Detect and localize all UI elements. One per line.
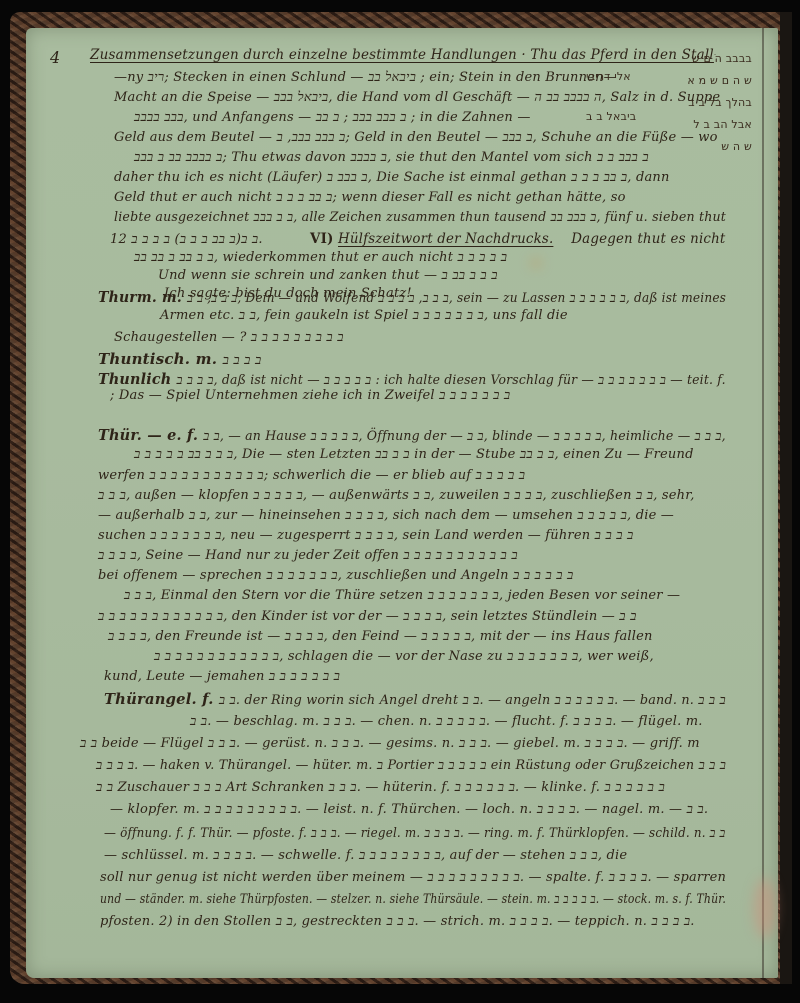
- ink-stain: [531, 258, 541, 268]
- entry-headword: Thür. — e. f.: [98, 426, 203, 444]
- page-number: 4: [50, 48, 60, 67]
- dictionary-entry: — klopfer. m. ב ב ב ב ב ב ב ב ב. — leist…: [110, 802, 708, 817]
- manuscript-line: Armen etc. ב ב, fein gaukeln ist Spiel ב…: [160, 308, 568, 323]
- manuscript-line: daher thu ich es nicht (Läufer) ב בבב ב,…: [114, 170, 670, 185]
- entry-headword: Thurm. m.: [98, 288, 187, 306]
- dictionary-entry: Thür. — e. f. ב ב, — an Hause ב ב ב ב ב,…: [98, 428, 726, 444]
- manuscript-line: Geld thut er auch nicht ב בב ב ב ב; wenn…: [114, 190, 626, 205]
- entry-text: ב ב Zuschauer ב ב ב Art Schranken ב ב ב.…: [96, 780, 665, 795]
- entry-text: soll nur genug ist nicht werden über mei…: [100, 870, 726, 885]
- manuscript-line: — außerhalb ב ב, zur — hineinsehen ב ב ב…: [98, 508, 674, 523]
- manuscript-line: ב ב ב, außen — klopfen ב ב ב ב ב, — auße…: [98, 488, 695, 503]
- entry-text: pfosten. 2) in den Stollen ב ב, gestreck…: [100, 914, 695, 929]
- dictionary-entry: ב ב Zuschauer ב ב ב Art Schranken ב ב ב.…: [96, 780, 665, 795]
- manuscript-line: בבב בבבב, und Anfangens — ב בבב בבב ; ב …: [134, 110, 531, 125]
- manuscript-line: ב ב ב ב ב ב ב ב ב ב ב ב, den Kinder ist …: [98, 609, 637, 624]
- section-marker: VI) Hülfszeitwort der Nachdrucks. Dagege…: [310, 232, 726, 247]
- dictionary-entry: ב ב ב ב. — haken v. Thürangel. — hüter. …: [96, 758, 726, 773]
- manuscript-line: Schaugestellen — ? ב ב ב ב ב ב ב ב ב: [114, 330, 344, 345]
- margin-note: בבבב הֹ ם ש: [662, 48, 752, 70]
- manuscript-line: ב ב ב בב ב ב ב ב ב, Die — sten Letzten ב…: [134, 447, 694, 462]
- section-note: Dagegen thut es nicht: [571, 231, 725, 247]
- entry-text: ב ב. — beschlag. m. ב ב ב. — chen. n. ב …: [190, 714, 703, 729]
- margin-note: ש ה ם ש מ א: [662, 70, 752, 92]
- manuscript-line: Und wenn sie schrein und zanken thut — ב…: [158, 268, 498, 283]
- manuscript-line: ב ב ב ב, den Freunde ist — ב ב ב ב, den …: [108, 629, 653, 644]
- entry-text: und — ständer. m. siehe Thürpfosten. — s…: [100, 892, 726, 907]
- scanned-manuscript: 4 Zusammensetzungen durch einzelne besti…: [0, 0, 800, 1003]
- manuscript-line: ב ב ב ב ב ב ב ב ב ב ב ב, schlagen die — …: [154, 649, 654, 664]
- entry-text: ב ב ב ב: [223, 353, 262, 368]
- manuscript-page: 4 Zusammensetzungen durch einzelne besti…: [26, 28, 778, 978]
- dictionary-entry: Thurm. m. ב ב ב, ב ב, Dein — und Wolfend…: [98, 290, 726, 306]
- hebrew-annotation: ביבאל ב ב: [586, 110, 636, 123]
- dictionary-entry: und — ständer. m. siehe Thürpfosten. — s…: [100, 892, 726, 907]
- manuscript-line: ב בבבב בב ב בבב; Thu etwas davon ב בבבב,…: [134, 150, 649, 165]
- dictionary-entry: Thunlich ב ב ב ב, daß ist nicht — ב ב ב …: [98, 372, 726, 388]
- manuscript-line: ב ב ב ב, Seine — Hand nur zu jeder Zeit …: [98, 548, 518, 563]
- manuscript-line: Macht an die Speise — ביבאל בבב, die Han…: [114, 90, 720, 105]
- manuscript-line: —ny ריב; Stecken in einen Schlund — ביבא…: [114, 70, 617, 85]
- entry-headword: Thunlich: [98, 370, 177, 388]
- entry-headword: Thuntisch. m.: [98, 350, 223, 368]
- entry-text: ב ב beide — Flügel ב ב ב. — gerüst. n. ב…: [80, 736, 700, 751]
- dictionary-entry: pfosten. 2) in den Stollen ב ב, gestreck…: [100, 914, 695, 929]
- manuscript-line: ב ב ב, Einmal den Stern vor die Thüre se…: [124, 588, 680, 603]
- entry-text: ב ב ב ב. — haken v. Thürangel. — hüter. …: [96, 758, 726, 773]
- manuscript-line: kund, Leute — jemahen ב ב ב ב ב ב ב: [104, 669, 340, 684]
- manuscript-line: werfen ב ב ב ב ב ב ב ב ב ב ב; schwerlich…: [98, 468, 525, 483]
- manuscript-line: liebte ausgezeichnet ב ב בבב, alle Zeich…: [114, 210, 726, 225]
- entry-text: — schlüssel. m. ב ב ב ב. — schwelle. f. …: [104, 848, 627, 863]
- section-number: VI): [310, 231, 334, 247]
- manuscript-line: Geld aus dem Beutel — ב בבב בבב, ב; Geld…: [114, 130, 718, 145]
- manuscript-line: ; Das — Spiel Unternehmen ziehe ich in Z…: [110, 388, 510, 403]
- entry-text: — öffnung. f. f. Thür. — pfoste. f. ב ב …: [104, 826, 725, 841]
- paper-stain: [754, 878, 776, 938]
- dictionary-entry: ב ב. — beschlag. m. ב ב ב. — chen. n. ב …: [190, 714, 703, 729]
- section-heading: Hülfszeitwort der Nachdrucks.: [338, 231, 553, 247]
- dictionary-entry: soll nur genug ist nicht werden über mei…: [100, 870, 726, 885]
- entry-text: ב ב ב, ב ב, Dein — und Wolfend ב ב ב, ב …: [187, 291, 726, 306]
- entry-text: ב ב. der Ring worin sich Angel dreht ב ב…: [219, 693, 726, 708]
- page-title-line: Zusammensetzungen durch einzelne bestimm…: [90, 48, 714, 63]
- manuscript-line: suchen ב ב ב ב ב ב ב, neu — zugesperrt ב…: [98, 528, 634, 543]
- entry-headword: Thürangel. f.: [104, 690, 219, 708]
- entry-text: ב ב ב ב, daß ist nicht — ב ב ב ב ב : ich…: [177, 373, 726, 388]
- cover-edge: [780, 12, 792, 984]
- manuscript-line: bei offenem — sprechen ב ב ב ב ב ב ב, zu…: [98, 568, 574, 583]
- dictionary-entry: ב ב beide — Flügel ב ב ב. — gerüst. n. ב…: [80, 736, 700, 751]
- dictionary-entry: — schlüssel. m. ב ב ב ב. — schwelle. f. …: [104, 848, 627, 863]
- hebrew-annotation: אלי דריבי: [586, 70, 631, 83]
- manuscript-line: 12 ב ב(ב בב ב ב ב) ב ב ב ב.: [110, 232, 263, 247]
- dictionary-entry: — öffnung. f. f. Thür. — pfoste. f. ב ב …: [104, 826, 725, 841]
- dictionary-entry: Thürangel. f. ב ב. der Ring worin sich A…: [104, 692, 726, 708]
- dictionary-entry: Thuntisch. m. ב ב ב ב: [98, 352, 261, 368]
- manuscript-line: ב ב בב ב בב בב, wiederkommen thut er auc…: [134, 250, 507, 265]
- margin-rule-line: [762, 28, 764, 978]
- entry-text: — klopfer. m. ב ב ב ב ב ב ב ב ב. — leist…: [110, 802, 708, 817]
- entry-text: ב ב, — an Hause ב ב ב ב ב, Öffnung der —…: [203, 429, 726, 444]
